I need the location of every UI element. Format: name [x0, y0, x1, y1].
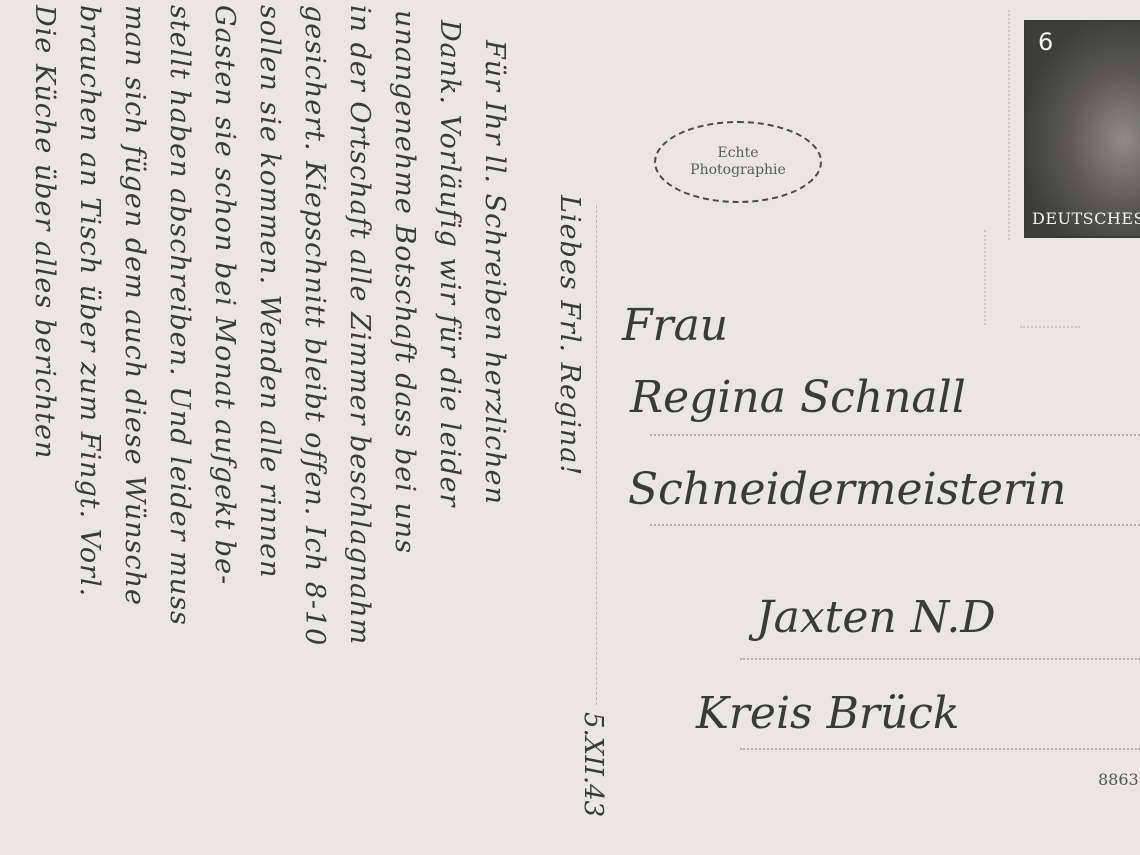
stamp-placement-marker: [1008, 10, 1011, 240]
postcard: Liebes Frl. Regina! Für Ihr ll. Schreibe…: [0, 0, 1140, 855]
letter-date: 5.XII.43: [578, 712, 608, 817]
address-rule: [650, 524, 1140, 526]
address-rule: [740, 658, 1140, 660]
photo-stamp-line1: Echte: [718, 145, 759, 162]
stamp-box-marker: [1020, 326, 1080, 328]
address-rule: [740, 748, 1140, 750]
letter-line: gesichert. Kiepschnitt bleibt offen. Ich…: [299, 5, 330, 646]
postage-stamp: 6 DEUTSCHES: [1024, 20, 1140, 238]
letter-line: Die Küche über alles berichten: [29, 5, 60, 459]
address-line-salutation: Frau: [622, 300, 728, 351]
center-divider: [596, 205, 597, 705]
letter-line: Liebes Frl. Regina!: [554, 195, 585, 476]
address-rule: [650, 434, 1140, 436]
print-code: 8863: [1098, 770, 1139, 789]
stamp-box-marker: [984, 230, 986, 325]
address-line-name: Regina Schnall: [630, 372, 966, 423]
photo-stamp-line2: Photographie: [690, 162, 786, 179]
letter-line: Gasten sie schon bei Monat aufgekt be-: [209, 5, 240, 585]
address-line-district: Kreis Brück: [696, 688, 960, 739]
address-line-occupation: Schneidermeisterin: [628, 464, 1066, 515]
stamp-country-text: DEUTSCHES: [1032, 209, 1140, 228]
echte-photographie-stamp: Echte Photographie: [654, 121, 822, 203]
letter-line: stellt haben abschreiben. Und leider mus…: [164, 5, 195, 626]
letter-line: Dank. Vorläufig wir für die leider: [434, 20, 465, 507]
letter-line: unangenehme Botschaft dass bei uns: [389, 10, 420, 554]
letter-line: brauchen an Tisch über zum Fingt. Vorl.: [74, 5, 105, 597]
letter-line: Für Ihr ll. Schreiben herzlichen: [479, 40, 510, 505]
letter-line: man sich fügen dem auch diese Wünsche: [119, 5, 150, 606]
letter-line: in der Ortschaft alle Zimmer beschlagnah…: [344, 5, 375, 645]
stamp-value: 6: [1038, 28, 1053, 56]
address-line-town: Jaxten N.D: [756, 592, 996, 643]
letter-line: sollen sie kommen. Wenden alle rinnen: [254, 5, 285, 579]
